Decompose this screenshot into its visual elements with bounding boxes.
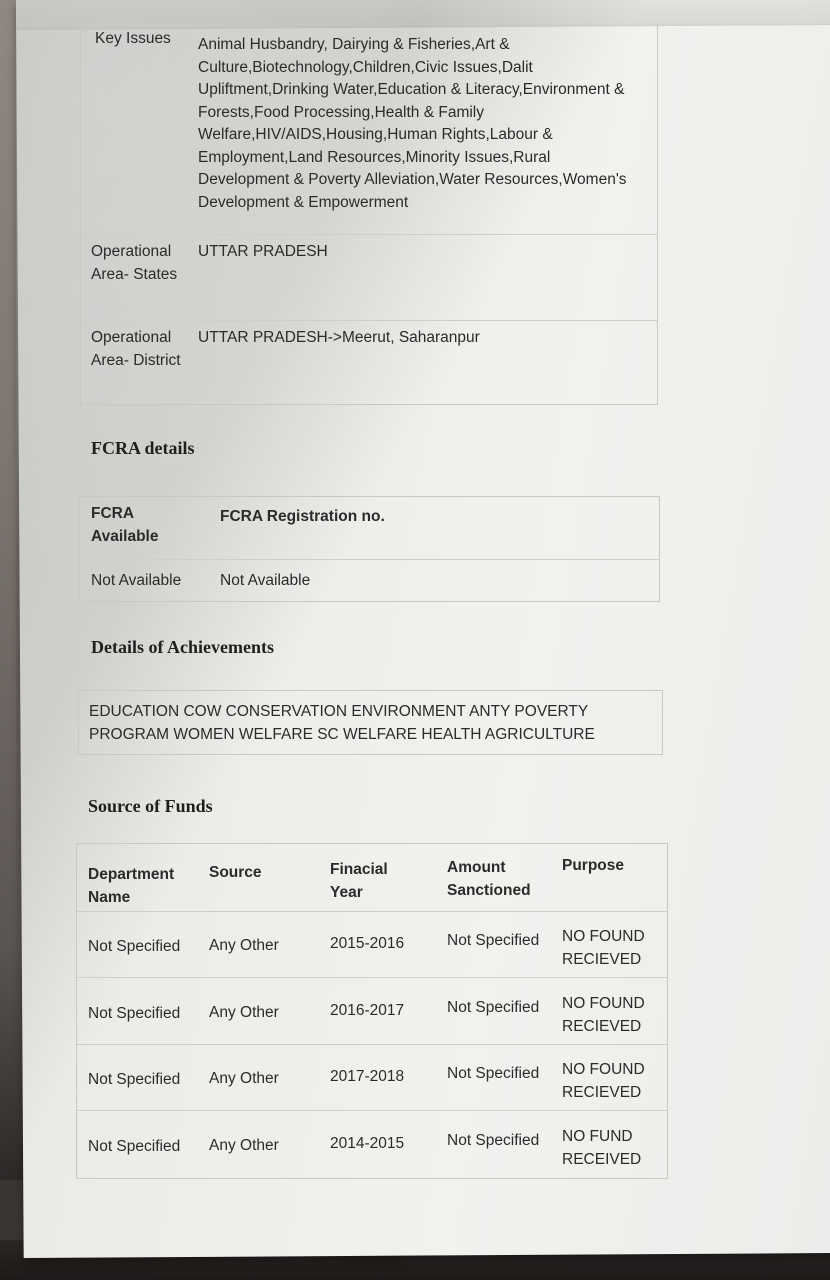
operational-states-label: Operational Area- States bbox=[91, 240, 191, 286]
funds-cell-department: Not Specified bbox=[88, 1135, 203, 1158]
funds-table-row: Not SpecifiedAny Other2015-2016Not Speci… bbox=[77, 911, 667, 978]
funds-header-year: Finacial Year bbox=[330, 858, 410, 904]
achievements-box: EDUCATION COW CONSERVATION ENVIRONMENT A… bbox=[78, 690, 663, 755]
funds-header-source: Source bbox=[209, 861, 324, 884]
operational-district-row: Operational Area- District UTTAR PRADESH… bbox=[81, 320, 657, 404]
fcra-table: FCRA Available FCRA Registration no. Not… bbox=[79, 496, 660, 602]
fcra-data-row: Not Available Not Available bbox=[80, 559, 659, 601]
document-content: Key Issues Animal Husbandry, Dairying & … bbox=[0, 0, 830, 1280]
key-issues-row: Key Issues Animal Husbandry, Dairying & … bbox=[81, 24, 657, 235]
funds-table-row: Not SpecifiedAny Other2017-2018Not Speci… bbox=[77, 1044, 667, 1111]
funds-cell-source: Any Other bbox=[209, 934, 324, 957]
operational-district-label: Operational Area- District bbox=[91, 326, 191, 372]
funds-cell-department: Not Specified bbox=[88, 1002, 203, 1025]
fcra-header-row: FCRA Available FCRA Registration no. bbox=[80, 497, 659, 560]
funds-table-row: Not SpecifiedAny Other2014-2015Not Speci… bbox=[77, 1111, 667, 1177]
fcra-registration-value: Not Available bbox=[220, 569, 310, 592]
funds-cell-department: Not Specified bbox=[88, 1068, 203, 1091]
achievements-heading: Details of Achievements bbox=[91, 637, 274, 658]
operational-district-value: UTTAR PRADESH->Meerut, Saharanpur bbox=[198, 326, 480, 349]
funds-cell-source: Any Other bbox=[209, 1134, 324, 1157]
key-issues-value: Animal Husbandry, Dairying & Fisheries,A… bbox=[198, 34, 638, 214]
funds-cell-year: 2015-2016 bbox=[330, 932, 440, 955]
operational-states-value: UTTAR PRADESH bbox=[198, 240, 328, 263]
achievements-text: EDUCATION COW CONSERVATION ENVIRONMENT A… bbox=[89, 700, 649, 746]
funds-heading: Source of Funds bbox=[88, 796, 213, 817]
funds-header-department: Department Name bbox=[88, 863, 203, 909]
fcra-heading: FCRA details bbox=[91, 438, 195, 459]
funds-table-row: Not SpecifiedAny Other2016-2017Not Speci… bbox=[77, 978, 667, 1045]
funds-cell-amount: Not Specified bbox=[447, 929, 557, 952]
funds-cell-amount: Not Specified bbox=[447, 1129, 557, 1152]
funds-cell-source: Any Other bbox=[209, 1001, 324, 1024]
funds-header-amount: Amount Sanctioned bbox=[447, 856, 547, 902]
operational-states-row: Operational Area- States UTTAR PRADESH bbox=[81, 234, 657, 321]
profile-table: Key Issues Animal Husbandry, Dairying & … bbox=[80, 24, 658, 405]
funds-cell-year: 2014-2015 bbox=[330, 1132, 440, 1155]
funds-cell-source: Any Other bbox=[209, 1067, 324, 1090]
funds-table: Department Name Source Finacial Year Amo… bbox=[76, 843, 668, 1179]
funds-cell-amount: Not Specified bbox=[447, 996, 557, 1019]
funds-cell-purpose: NO FOUND RECIEVED bbox=[562, 925, 662, 971]
fcra-header-available: FCRA Available bbox=[91, 502, 181, 548]
fcra-header-registration: FCRA Registration no. bbox=[220, 505, 385, 528]
funds-cell-year: 2016-2017 bbox=[330, 999, 440, 1022]
funds-cell-year: 2017-2018 bbox=[330, 1065, 440, 1088]
funds-header-purpose: Purpose bbox=[562, 854, 662, 877]
funds-cell-purpose: NO FOUND RECIEVED bbox=[562, 992, 662, 1038]
fcra-available-value: Not Available bbox=[91, 569, 181, 592]
funds-header-row: Department Name Source Finacial Year Amo… bbox=[77, 844, 667, 912]
funds-cell-amount: Not Specified bbox=[447, 1062, 557, 1085]
key-issues-label: Key Issues bbox=[95, 27, 185, 50]
funds-cell-department: Not Specified bbox=[88, 935, 203, 958]
funds-cell-purpose: NO FUND RECEIVED bbox=[562, 1125, 662, 1171]
funds-cell-purpose: NO FOUND RECIEVED bbox=[562, 1058, 662, 1104]
